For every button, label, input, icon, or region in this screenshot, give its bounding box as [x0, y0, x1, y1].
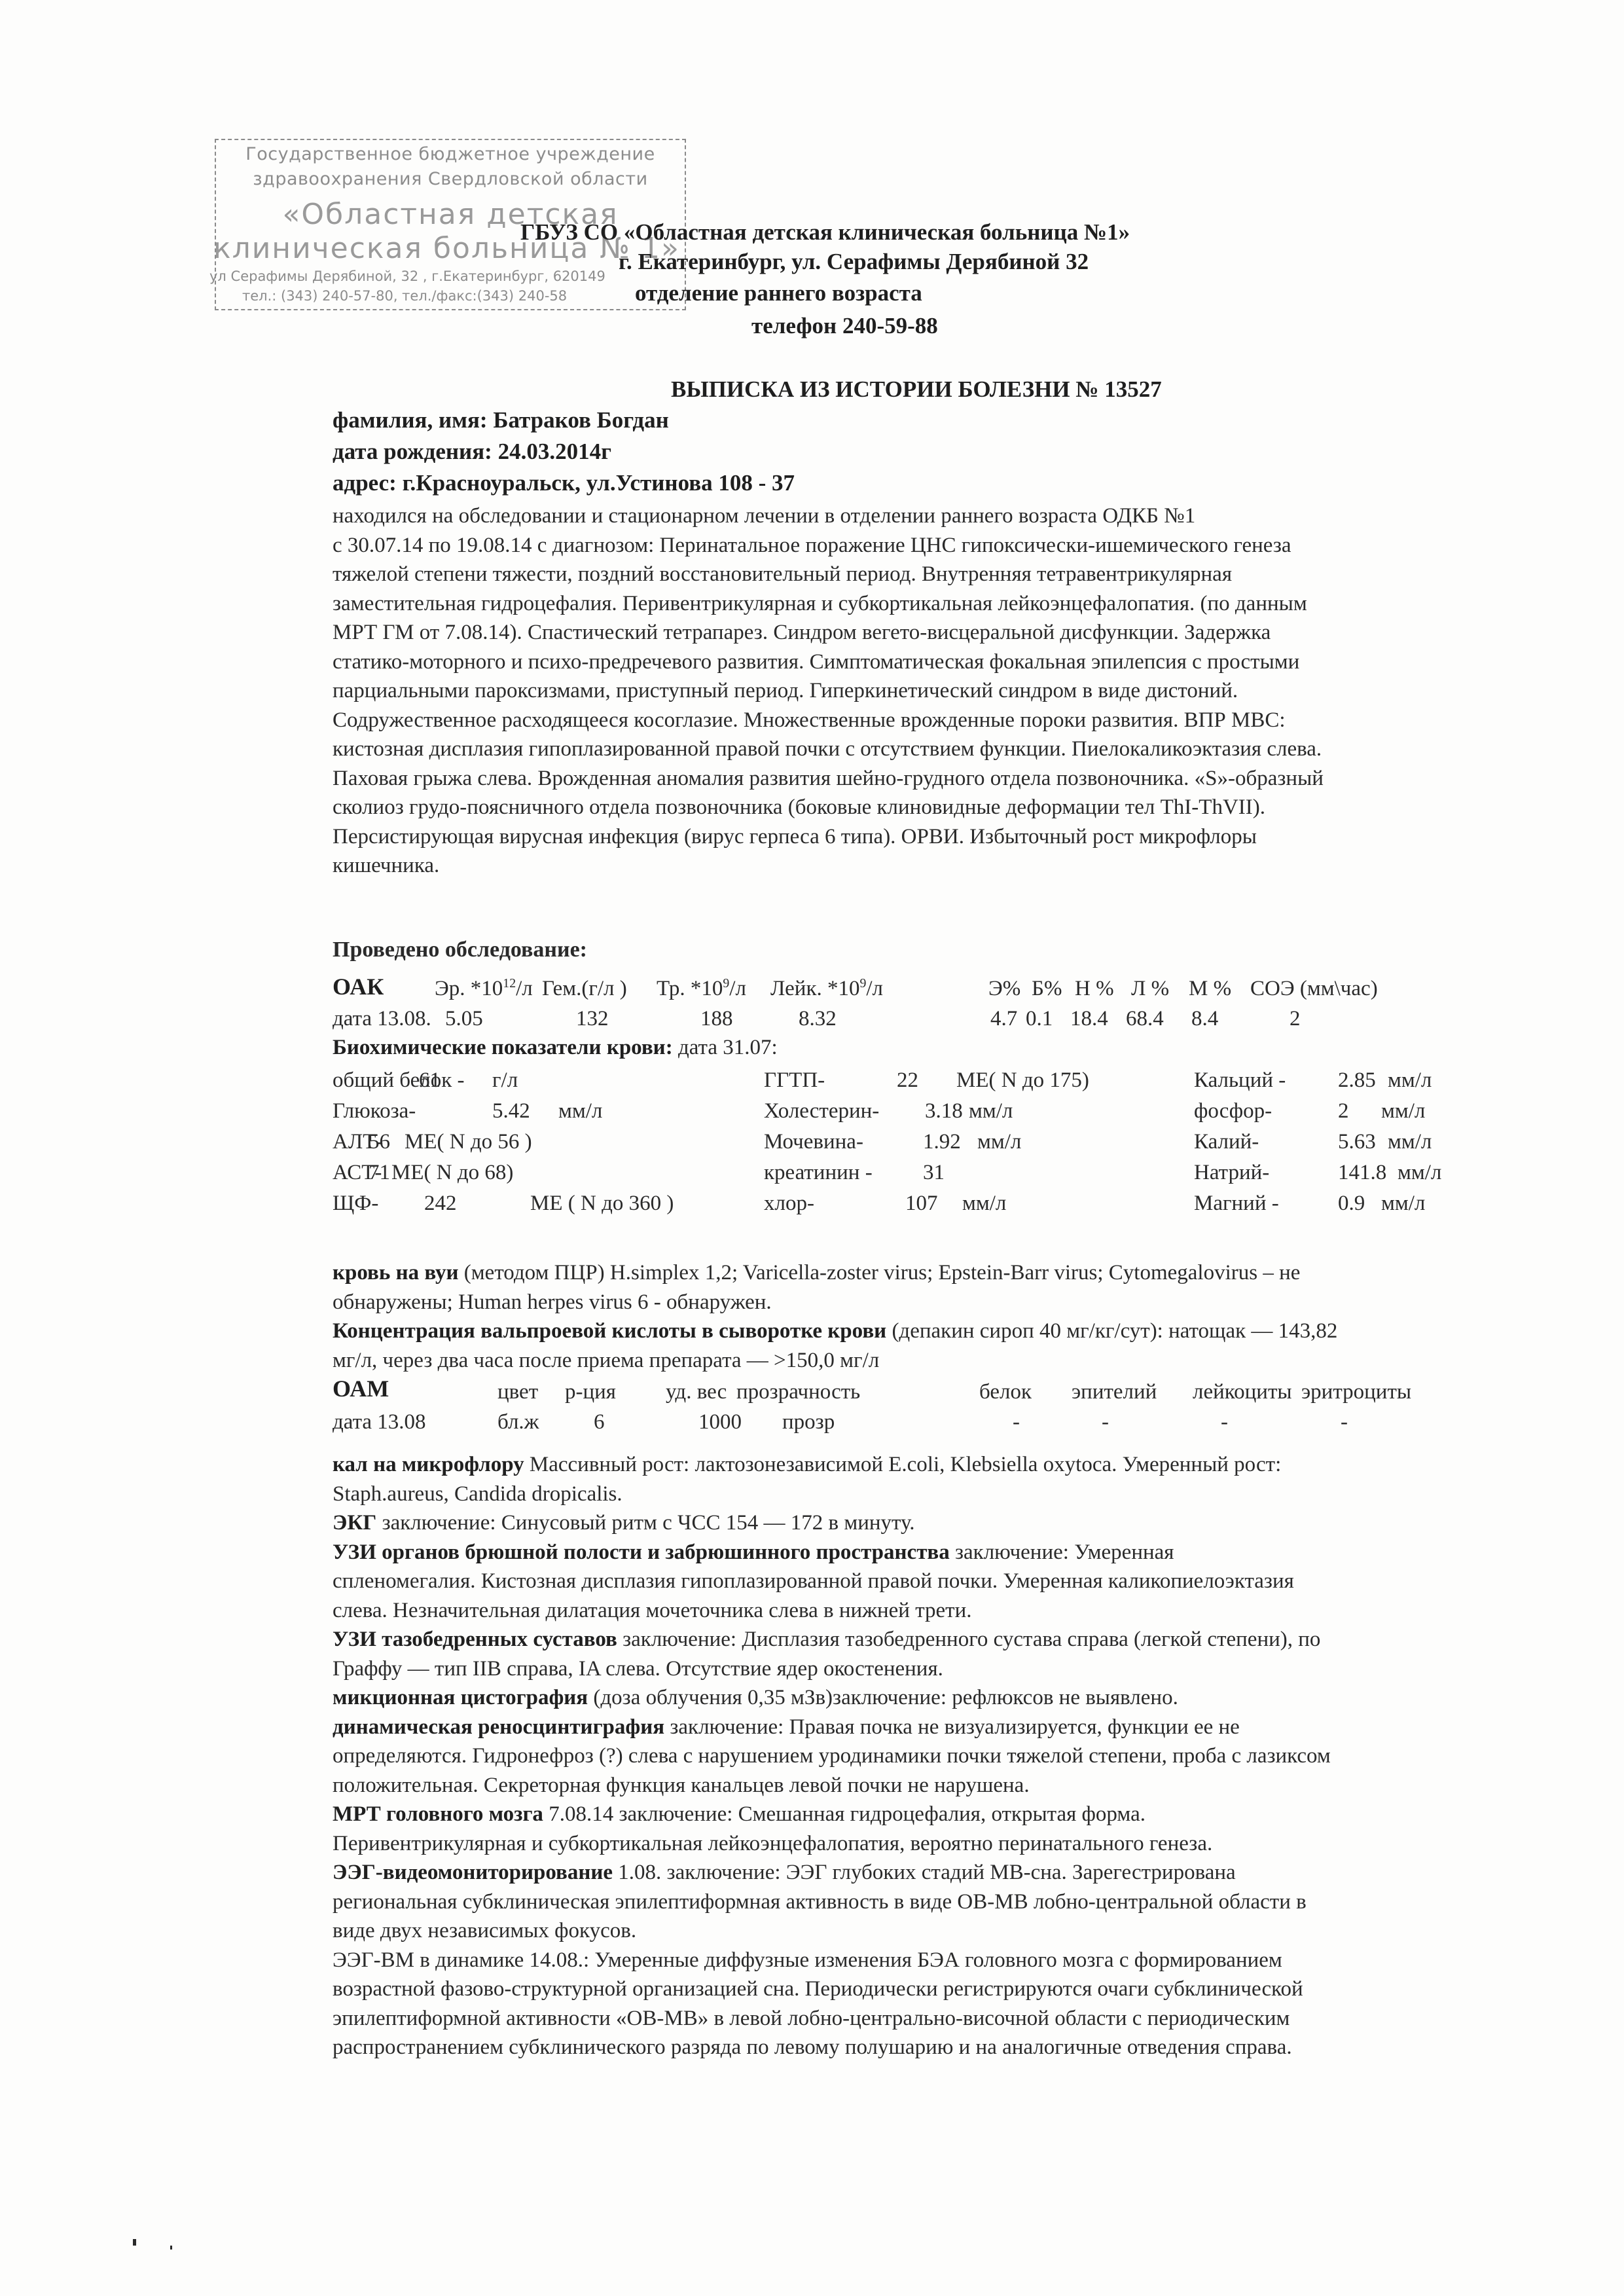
- biochem-value: 2.85: [1338, 1068, 1376, 1093]
- biochem-name: общий белок -: [333, 1068, 465, 1092]
- oam-header: уд. вес: [666, 1380, 727, 1404]
- diagnosis-line: находился на обследовании и стационарном…: [333, 501, 1576, 531]
- diagnosis-line: кишечника.: [333, 851, 1576, 881]
- biochem-unit: мм/л: [969, 1099, 1013, 1123]
- oak-header: Лейк. *109/л: [770, 977, 883, 1001]
- findings-section: кал на микрофлору Массивный рост: лактоз…: [333, 1450, 1576, 2062]
- oak-header: Гем.(г/л ): [542, 977, 627, 1001]
- biochem-item: Холестерин-: [764, 1099, 879, 1123]
- document-page: Государственное бюджетное учреждение здр…: [0, 0, 1624, 2296]
- header-address: г. Екатеринбург, ул. Серафимы Дерябиной …: [619, 249, 1089, 275]
- diagnosis-line: статико-моторного и психо-предречевого р…: [333, 647, 1576, 677]
- virus-line2: обнаружены; Human herpes virus 6 - обнар…: [333, 1288, 1576, 1317]
- oak-value: 4.7: [990, 1007, 1017, 1031]
- biochem-name: фосфор-: [1194, 1099, 1272, 1123]
- biochem-name: Мочевина-: [764, 1130, 863, 1154]
- biochem-item: Кальций -: [1194, 1068, 1286, 1093]
- diagnosis-line: кистозная дисплазия гипоплазированной пр…: [333, 735, 1576, 764]
- biochem-heading: Биохимические показатели крови: дата 31.…: [333, 1036, 778, 1060]
- diagnosis-line: сколиоз грудо-поясничного отдела позвоно…: [333, 793, 1576, 822]
- biochem-item: Натрий-: [1194, 1161, 1269, 1185]
- virus-section: кровь на вуи (методом ПЦР) H.simplex 1,2…: [333, 1258, 1576, 1317]
- oam-date: дата 13.08: [333, 1410, 426, 1434]
- biochem-name: ГГТП-: [764, 1068, 825, 1092]
- oak-header: Э%: [988, 977, 1020, 1001]
- oak-value: 68.4: [1126, 1007, 1164, 1031]
- patient-name-label: фамилия, имя:: [333, 407, 488, 433]
- biochem-title: Биохимические показатели крови:: [333, 1036, 673, 1059]
- biochem-unit: мм/л: [1398, 1161, 1441, 1185]
- biochem-unit: г/л: [492, 1068, 518, 1093]
- diagnosis-line: с 30.07.14 по 19.08.14 с диагнозом: Пери…: [333, 531, 1576, 560]
- scan-speck: [170, 2246, 172, 2250]
- biochem-value: 2: [1338, 1099, 1349, 1123]
- finding-line: ЭЭГ-ВМ в динамике 14.08.: Умеренные дифф…: [333, 1946, 1576, 1975]
- biochem-item: фосфор-: [1194, 1099, 1272, 1123]
- biochem-name: креатинин -: [764, 1161, 873, 1184]
- oam-value: прозр: [782, 1410, 835, 1434]
- biochem-unit: мм/л: [1381, 1192, 1425, 1216]
- stamp-line: Государственное бюджетное учреждение: [216, 144, 685, 164]
- patient-dob-label: дата рождения:: [333, 439, 492, 464]
- biochem-value: 1.92: [923, 1130, 961, 1154]
- biochem-unit: мм/л: [1381, 1099, 1425, 1123]
- valproate-line1: (депакин сироп 40 мг/кг/сут): натощак — …: [886, 1319, 1337, 1343]
- diagnosis-line: заместительная гидроцефалия. Перивентрик…: [333, 589, 1576, 619]
- finding-line: УЗИ органов брюшной полости и забрюшинно…: [333, 1538, 1576, 1567]
- biochem-name: Глюкоза-: [333, 1099, 416, 1123]
- biochem-unit: мм/л: [558, 1099, 602, 1123]
- oam-value: -: [1221, 1410, 1228, 1434]
- oak-header: М %: [1189, 977, 1231, 1001]
- valproate-section: Концентрация вальпроевой кислоты в сывор…: [333, 1317, 1576, 1375]
- biochem-name: ЩФ-: [333, 1192, 378, 1215]
- biochem-unit: мм/л: [962, 1192, 1006, 1216]
- diagnosis-line: Паховая грыжа слева. Врожденная аномалия…: [333, 764, 1576, 793]
- finding-line: МРТ головного мозга 7.08.14 заключение: …: [333, 1800, 1576, 1829]
- oak-header: Б%: [1032, 977, 1062, 1001]
- oam-header: лейкоциты: [1193, 1380, 1292, 1404]
- oam-value: -: [1341, 1410, 1348, 1434]
- finding-line: возрастной фазово-структурной организаци…: [333, 1975, 1576, 2004]
- oam-header: прозрачность: [736, 1380, 860, 1404]
- biochem-value: 56: [369, 1130, 390, 1154]
- oak-value: 0.1: [1026, 1007, 1053, 1031]
- biochem-value: 61: [419, 1068, 441, 1093]
- biochem-value: 141.8: [1338, 1161, 1386, 1185]
- biochem-value: 5.63: [1338, 1130, 1376, 1154]
- finding-title: ЭКГ: [333, 1511, 376, 1535]
- finding-title: МРТ головного мозга: [333, 1802, 543, 1826]
- finding-line: эпилептиформной активности «ОВ-МВ» в лев…: [333, 2004, 1576, 2033]
- biochem-item: Глюкоза-: [333, 1099, 416, 1123]
- finding-line: микционная цистография (доза облучения 0…: [333, 1683, 1576, 1713]
- oak-value: 18.4: [1070, 1007, 1108, 1031]
- virus-title: кровь на вуи: [333, 1261, 459, 1285]
- diagnosis-line: парциальными пароксизмами, приступный пе…: [333, 676, 1576, 706]
- oam-header: эритроциты: [1301, 1380, 1411, 1404]
- patient-address-value: г.Красноуральск, ул.Устинова 108 - 37: [403, 470, 795, 496]
- biochem-unit: МЕ( N до 68): [391, 1161, 513, 1185]
- oam-header: цвет: [497, 1380, 538, 1404]
- biochem-unit: мм/л: [1388, 1068, 1432, 1093]
- oam-header: эпителий: [1072, 1380, 1157, 1404]
- biochem-name: Натрий-: [1194, 1161, 1269, 1184]
- oam-label: ОАМ: [333, 1375, 389, 1402]
- diagnosis-line: тяжелой степени тяжести, поздний восстан…: [333, 560, 1576, 589]
- biochem-value: 31: [923, 1161, 945, 1185]
- biochem-unit: МЕ( N до 56 ): [405, 1130, 532, 1154]
- finding-line: слева. Незначительная дилатация мочеточн…: [333, 1596, 1576, 1626]
- biochem-unit: МЕ( N до 175): [956, 1068, 1089, 1093]
- biochem-value: 107: [905, 1192, 938, 1216]
- finding-line: виде двух независимых фокусов.: [333, 1916, 1576, 1946]
- oak-header: Н %: [1075, 977, 1114, 1001]
- oak-value: 188: [700, 1007, 733, 1031]
- oam-header: р-ция: [565, 1380, 616, 1404]
- biochem-item: хлор-: [764, 1192, 814, 1216]
- biochem-value: 242: [424, 1192, 457, 1216]
- biochem-name: Холестерин-: [764, 1099, 879, 1123]
- oak-header: СОЭ (мм\час): [1250, 977, 1378, 1001]
- biochem-value: 5.42: [492, 1099, 530, 1123]
- oak-header: Л %: [1131, 977, 1169, 1001]
- oam-value: 6: [594, 1410, 605, 1434]
- finding-line: ЭКГ заключение: Синусовый ритм с ЧСС 154…: [333, 1508, 1576, 1538]
- scan-speck: [133, 2239, 136, 2246]
- finding-title: кал на микрофлору: [333, 1453, 524, 1476]
- biochem-value: 0.9: [1338, 1192, 1365, 1216]
- biochem-item: Мочевина-: [764, 1130, 863, 1154]
- biochem-name: хлор-: [764, 1192, 814, 1215]
- biochem-item: ГГТП-: [764, 1068, 825, 1093]
- finding-line: определяются. Гидронефроз (?) слева с на…: [333, 1741, 1576, 1771]
- finding-line: динамическая реносцинтиграфия заключение…: [333, 1713, 1576, 1742]
- patient-name: фамилия, имя: Батраков Богдан: [333, 407, 669, 433]
- valproate-title: Концентрация вальпроевой кислоты в сывор…: [333, 1319, 886, 1343]
- header-org: ГБУЗ СО «Областная детская клиническая б…: [520, 219, 1130, 246]
- finding-title: микционная цистография: [333, 1686, 588, 1709]
- finding-line: кал на микрофлору Массивный рост: лактоз…: [333, 1450, 1576, 1480]
- biochem-name: Калий-: [1194, 1130, 1259, 1154]
- oak-label: ОАК: [333, 973, 384, 1000]
- biochem-value: 3.18: [925, 1099, 963, 1123]
- biochem-value: 22: [897, 1068, 918, 1093]
- finding-line: Перивентрикулярная и субкортикальная лей…: [333, 1829, 1576, 1859]
- finding-line: УЗИ тазобедренных суставов заключение: Д…: [333, 1625, 1576, 1654]
- valproate-line2: мг/л, через два часа после приема препар…: [333, 1346, 1576, 1376]
- document-title: ВЫПИСКА ИЗ ИСТОРИИ БОЛЕЗНИ № 13527: [671, 376, 1162, 403]
- biochem-item: Калий-: [1194, 1130, 1259, 1154]
- oam-value: -: [1102, 1410, 1109, 1434]
- biochem-unit: мм/л: [977, 1130, 1021, 1154]
- diagnosis-line: МРТ ГМ от 7.08.14). Спастический тетрапа…: [333, 618, 1576, 647]
- stamp-line: здравоохранения Свердловской области: [216, 169, 685, 189]
- patient-dob-value: 24.03.2014г: [498, 439, 611, 464]
- oam-value: бл.ж: [497, 1410, 539, 1434]
- patient-address-label: адрес:: [333, 470, 397, 496]
- header-department: отделение раннего возраста: [635, 280, 922, 306]
- biochem-item: креатинин -: [764, 1161, 873, 1185]
- biochem-unit: МЕ ( N до 360 ): [530, 1192, 674, 1216]
- oak-header: Эр. *1012/л: [435, 977, 533, 1001]
- virus-line1: (методом ПЦР) H.simplex 1,2; Varicella-z…: [459, 1261, 1301, 1285]
- biochem-item: ЩФ-: [333, 1192, 378, 1216]
- finding-line: спленомегалия. Кистозная дисплазия гипоп…: [333, 1567, 1576, 1596]
- biochem-name: Кальций -: [1194, 1068, 1286, 1092]
- finding-title: ЭЭГ-видеомониторирование: [333, 1861, 613, 1884]
- diagnosis-line: Персистирующая вирусная инфекция (вирус …: [333, 822, 1576, 852]
- patient-dob: дата рождения: 24.03.2014г: [333, 439, 611, 465]
- oak-value: 5.05: [445, 1007, 483, 1031]
- finding-line: распространением субклинического разряда…: [333, 2033, 1576, 2062]
- biochem-date: дата 31.07:: [673, 1036, 778, 1059]
- finding-line: Граффу — тип IIB справа, IA слева. Отсут…: [333, 1654, 1576, 1684]
- finding-line: Staph.aureus, Candida dropicalis.: [333, 1480, 1576, 1509]
- patient-address: адрес: г.Красноуральск, ул.Устинова 108 …: [333, 470, 795, 496]
- finding-line: региональная субклиническая эпилептиформ…: [333, 1887, 1576, 1917]
- oak-date: дата 13.08.: [333, 1007, 431, 1031]
- finding-title: УЗИ тазобедренных суставов: [333, 1628, 617, 1651]
- finding-title: динамическая реносцинтиграфия: [333, 1715, 664, 1739]
- oak-value: 8.4: [1191, 1007, 1218, 1031]
- oam-header: белок: [979, 1380, 1032, 1404]
- oak-header: Тр. *109/л: [657, 977, 746, 1001]
- biochem-value: 71: [369, 1161, 390, 1185]
- biochem-name: Магний -: [1194, 1192, 1279, 1215]
- stamp-line: ул Серафимы Дерябиной, 32 , г.Екатеринбу…: [209, 268, 605, 284]
- exam-section-title: Проведено обследование:: [333, 938, 587, 962]
- finding-title: УЗИ органов брюшной полости и забрюшинно…: [333, 1540, 950, 1564]
- biochem-unit: мм/л: [1388, 1130, 1432, 1154]
- diagnosis-line: Содружественное расходящееся косоглазие.…: [333, 706, 1576, 735]
- finding-line: ЭЭГ-видеомониторирование 1.08. заключени…: [333, 1858, 1576, 1887]
- biochem-item: общий белок -: [333, 1068, 465, 1093]
- stamp-line: тел.: (343) 240-57-80, тел./факс:(343) 2…: [242, 288, 567, 304]
- oam-value: 1000: [698, 1410, 742, 1434]
- oak-value: 2: [1290, 1007, 1301, 1031]
- oak-value: 8.32: [799, 1007, 837, 1031]
- header-phone: телефон 240-59-88: [751, 313, 938, 339]
- biochem-item: Магний -: [1194, 1192, 1279, 1216]
- oam-value: -: [1013, 1410, 1020, 1434]
- oak-value: 132: [576, 1007, 609, 1031]
- finding-line: положительная. Секреторная функция канал…: [333, 1771, 1576, 1800]
- patient-name-value: Батраков Богдан: [493, 407, 668, 433]
- diagnosis-paragraph: находился на обследовании и стационарном…: [333, 501, 1576, 881]
